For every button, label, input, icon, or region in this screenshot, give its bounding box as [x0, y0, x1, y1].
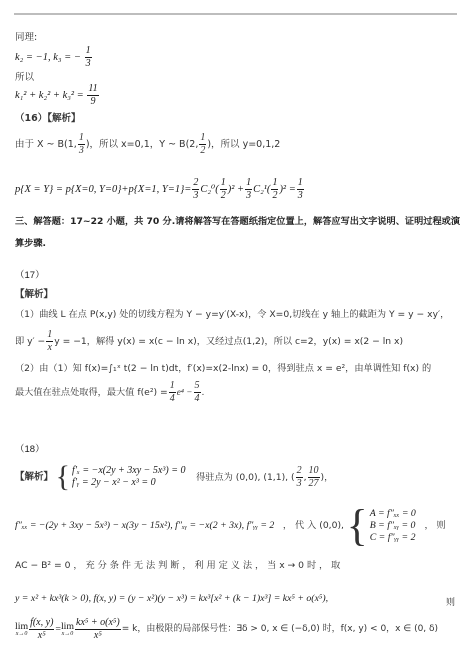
k-values-equation: k₂ = −1, k₃ = − 1 3 — [15, 46, 93, 69]
k3-fraction: 1 3 — [85, 46, 92, 69]
section-18-jiexi: 【解析】 — [15, 471, 53, 482]
section-17-jiexi: 【解析】 — [15, 289, 53, 300]
lim-operator-2: lim x→0 — [61, 622, 74, 638]
left-brace: { — [347, 504, 368, 548]
y-substitution-line: y = x² + kx³(k > 0), f(x, y) = (y − x²)(… — [15, 593, 328, 605]
equation-system: { f′ₓ = −x(2y + 3xy − 5x³) = 0 f′ᵧ = 2y … — [56, 462, 186, 492]
top-divider — [14, 13, 457, 15]
section-17-part-2: （2）由（1）知 f(x)=∫₁ˣ t(2 − ln t)dt，f′(x)=x(… — [15, 363, 431, 374]
part-3-heading-line-2: 算步骤. — [15, 238, 46, 249]
section-17-number: （17） — [15, 270, 45, 281]
second-derivatives-line: f″ₓₓ = −(2y + 3xy − 5x³) − x(3y − 15x²),… — [15, 504, 446, 548]
stationary-points: 得驻点为 (0,0), (1,1), (23,1027)， — [196, 472, 333, 483]
suoyi-label: 所以 — [15, 72, 34, 83]
tongli-label: 同理: — [15, 32, 37, 43]
lim-operator-1: lim x→0 — [15, 622, 28, 638]
section-17-part-1: （1）曲线 L 在点 P(x,y) 处的切线方程为 Y − y=y′(X-x)，… — [15, 309, 449, 320]
ac-b2-line: AC − B² = 0 ， 充 分 条 件 无 法 判 断 ， 利 用 定 义 … — [15, 560, 340, 571]
section-18-system: 【解析】 { f′ₓ = −x(2y + 3xy − 5x³) = 0 f′ᵧ … — [15, 462, 333, 492]
part-3-heading-line-1: 三、解答题：17~22 小题，共 70 分.请将解答写在答题纸指定位置上，解答应… — [15, 216, 460, 227]
k-sum-fraction: 11 9 — [87, 84, 98, 107]
section-16-header: （16）【解析】 — [15, 113, 80, 124]
section-16-distribution: 由于 X ~ B(1,13)，所以 x=0,1，Y ~ B(2,12)，所以 y… — [15, 133, 280, 156]
ze-label: 则 — [446, 594, 455, 608]
k-sum-equation: k₁² + k₂² + k₃² = 11 9 — [15, 84, 100, 107]
section-17-max-value: 最大值在驻点处取得，最大值 f(e²) =14e⁴ −54. — [15, 381, 204, 404]
left-brace: { — [56, 462, 70, 492]
abc-system: { A = f″ₓₓ = 0 B = f″ₓᵧ = 0 C = f″ᵧᵧ = 2 — [347, 504, 416, 548]
k-values-text: k₂ = −1, k₃ = − — [15, 52, 81, 63]
limit-line: lim x→0 f(x, y)x⁵= lim x→0 kx⁵ + o(x⁵)x⁵… — [15, 618, 438, 641]
section-17-solution: 即 y′ −1xy = −1，解得 y(x) = x(c − ln x)，又经过… — [15, 330, 403, 353]
section-18-number: （18） — [15, 444, 45, 455]
section-16-probability: p{X = Y} = p{X=0, Y=0}+p{X=1, Y=1}=23C₂⁰… — [15, 178, 305, 201]
